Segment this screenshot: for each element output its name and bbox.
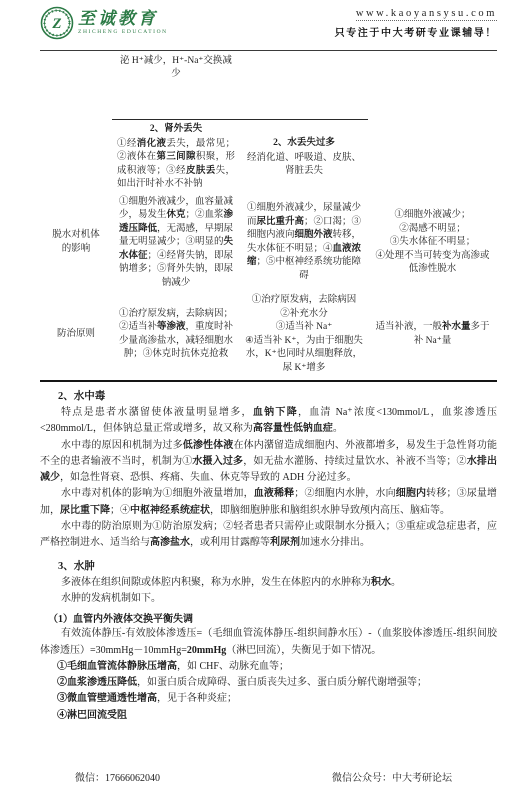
- brand-name-en: ZHICHENG EDUCATION: [78, 30, 168, 36]
- brand-text: 至诚教育 ZHICHENG EDUCATION: [78, 10, 168, 36]
- row-label-prevention: 防治原则: [40, 293, 112, 378]
- table-top-border: [112, 119, 368, 120]
- table-carryover-text: 泌 H⁺减少，H⁺-Na⁺交换减 少: [112, 55, 240, 81]
- website-url: www.kaoyansysu.com: [356, 8, 497, 21]
- causes-b-text: 经消化道、呼吸道、皮肤、肾脏丢失: [245, 152, 363, 179]
- prevention-lowosmotic: ①治疗原发病，去除病因；②适当补等渗液，重度时补少量高渗盐水，减轻细胞水肿；③休…: [112, 293, 240, 378]
- zhicheng-seal-icon: Z: [40, 6, 74, 40]
- effects-lowosmotic: ①细胞外液减少，血容量减少，易发生休克；②血浆渗透压降低，无渴感，早期尿量无明显…: [112, 195, 240, 294]
- section-heading-water-intoxication: 2、水中毒: [58, 388, 497, 403]
- document-page: Z 至诚教育 ZHICHENG EDUCATION www.kaoyansysu…: [0, 0, 512, 793]
- water-intox-paragraph-3: 水中毒对机体的影响为①细胞外液量增加，血液稀释；②细胞内水肿，水向细胞内转移；③…: [40, 486, 497, 519]
- brand-name-cn: 至诚教育: [78, 10, 168, 27]
- footer-public-account: 微信公众号：中大考研论坛: [332, 769, 452, 784]
- water-intox-paragraph-1: 特点是患者水潴留使体液量明显增多，血钠下降，血清 Na⁺浓度<130mmol/L…: [40, 405, 497, 438]
- header-tagline: 只专注于中大考研专业课辅导！: [335, 24, 497, 39]
- page-footer: 微信：17666062040 微信公众号：中大考研论坛: [40, 769, 497, 784]
- effects-highosmotic: ①细胞外液减少，尿量减少而尿比重升高；②口渴；③细胞内液向细胞外液转移，失水体征…: [240, 195, 368, 294]
- dehydration-table: 2、肾外丢失 ①经消化液丢失，最常见；②液体在第三间隙积聚，形成积液等；③经皮肤…: [40, 119, 497, 378]
- causes-b-title: 2、水丢失过多: [245, 137, 363, 151]
- effects-isotonic: ①细胞外液减少；②渴感不明显；③失水体征不明显；④处理不当可转变为高渗或低渗性脱…: [368, 195, 497, 294]
- table-bottom-border: [40, 380, 497, 382]
- edema-subheading: （1）血管内外液体交换平衡失调: [48, 610, 497, 625]
- edema-item-2: ②血浆渗透压降低，如蛋白质合成障碍、蛋白质丧失过多、蛋白质分解代谢增强等；: [40, 675, 497, 691]
- edema-item-1: ①毛细血管流体静脉压增高，如 CHF、动脉充血等；: [40, 659, 497, 675]
- svg-text:Z: Z: [51, 16, 61, 32]
- edema-paragraph-1: 多液体在组织间隙或体腔内积聚，称为水肿，发生在体腔内的水肿称为积水。: [40, 575, 497, 591]
- row-label-effects: 脱水对机体 的影响: [40, 195, 112, 294]
- causes-a-title: 2、肾外丢失: [117, 123, 235, 137]
- prevention-highosmotic: ①治疗原发病，去除病因②补充水分③适当补 Na⁺④适当补 K⁺，为由于细胞失水，…: [240, 293, 368, 378]
- footer-wechat: 微信：17666062040: [75, 769, 160, 784]
- edema-item-4: ④淋巴回流受阻: [40, 708, 497, 724]
- page-header: Z 至诚教育 ZHICHENG EDUCATION www.kaoyansysu…: [40, 6, 497, 51]
- water-intox-paragraph-4: 水中毒的防治原则为①防治原发病；②轻者患者只需停止或限制水分摄入；③重症或急症患…: [40, 519, 497, 552]
- table-cell-empty: [40, 122, 112, 195]
- causes-a-text: ①经消化液丢失，最常见；②液体在第三间隙积聚，形成积液等；③经皮肤丢失，如出汗时…: [117, 138, 235, 192]
- header-right: www.kaoyansysu.com 只专注于中大考研专业课辅导！: [335, 6, 497, 39]
- edema-formula: 有效流体静压-有效胶体渗透压=（毛细血管流体静压-组织间静水压）-（血浆胶体渗透…: [40, 626, 497, 659]
- edema-paragraph-2: 水肿的发病机制如下。: [40, 591, 497, 607]
- table-cell-causes-highosmotic: 2、水丢失过多 经消化道、呼吸道、皮肤、肾脏丢失: [240, 122, 368, 195]
- prevention-isotonic: 适当补液，一般补水量多于补 Na⁺量: [368, 293, 497, 378]
- zhicheng-logo: Z 至诚教育 ZHICHENG EDUCATION: [40, 6, 168, 40]
- edema-item-3: ③微血管壁通透性增高，见于各种炎症；: [40, 691, 497, 707]
- table-cell-empty: [368, 122, 497, 195]
- section-heading-edema: 3、水肿: [58, 558, 497, 573]
- water-intox-paragraph-2: 水中毒的原因和机制为过多低渗性体液在体内潴留造成细胞内、外液都增多，易发生于急性…: [40, 438, 497, 487]
- table-cell-causes-lowosmotic: 2、肾外丢失 ①经消化液丢失，最常见；②液体在第三间隙积聚，形成积液等；③经皮肤…: [112, 122, 240, 195]
